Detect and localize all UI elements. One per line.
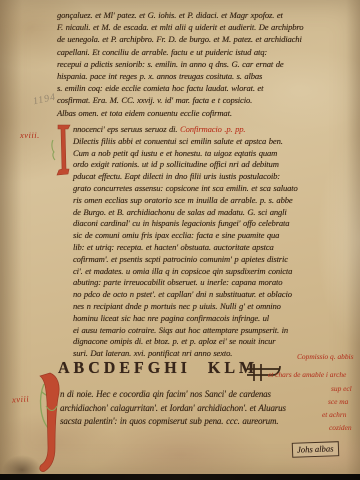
text-line: nes n recipiant dnde p mortuis nec p uiu… [73,301,355,313]
red-margin-note: coziden [329,423,352,432]
text-line: diaconi cardinal' cu in hispanis legacio… [73,218,355,230]
bull-opening-line: nnocenci' eps seruus seruoz di. Confirma… [73,124,355,136]
manuscript-photo: 1194 gonçaluez. et Ml' patez. et G. iohi… [0,0,360,480]
papal-bull-paragraph: nnocenci' eps seruus seruoz di. Confirma… [73,124,355,360]
photo-border [0,474,360,480]
margin-chapter-number-xviii-2: xviii [12,393,30,404]
text-line: cofirmam'. et psentis scpti patrocinio c… [73,254,355,266]
text-line: capellani. Et conciliu de arrable. factu… [57,46,355,58]
pencil-annotation: 1194 [32,92,57,108]
parchment-page: 1194 gonçaluez. et Ml' patez. et G. iohi… [0,0,360,475]
chirograph-alphabet: ABCDEFGHI KLM [58,360,258,379]
bull-incipit: nnocenci' eps seruus seruoz di. [73,124,180,134]
concordia-paragraph: n di noie. Hec e cocordia qin facim' nos… [60,388,358,429]
rubric-heading: Confirmacio .p. pp. [180,124,245,134]
text-line: de uenegola. et P. archipbro. Fr. D. de … [57,33,355,45]
text-line: hominu liceat sic hac nre pagina confirm… [73,313,355,325]
red-margin-note: sce ma [328,397,348,406]
text-line: de Burgo. et B. archidiachonu de salas a… [73,207,355,219]
text-line: abuting: parte irreuocabilit obseruet. u… [73,277,355,289]
text-line: cosfirmat. Era. M. CC. xxvij. v. id' mar… [57,94,355,106]
text-line: Albas omen. et tota eidem conuentu eccli… [57,107,355,119]
text-line: sic de comuni omiu fris ipax ecclia: fac… [73,230,355,242]
text-line: ei ausu temario cotraire. Siqs aut hoc a… [73,325,355,337]
text-line: recepui a pdictis seniorib: s. emilin. i… [57,58,355,70]
red-margin-note: Copmissio q. abbis [297,352,353,361]
text-line: ris omen ecclias sup oratorio sce m inui… [73,195,355,207]
decorated-initial-i [50,124,72,181]
text-line: archidiachon' calagurritan'. et Iordan' … [60,402,358,416]
green-flourish [52,140,55,160]
text-line: F. nicauli. et M. de escada. et mlti ali… [57,21,355,33]
text-line: hispania. pace int reges p. x. annos tre… [57,70,355,82]
text-line: s. emilin coq: eide ecclie comieta hoc f… [57,82,355,94]
text-line: no pdco de octo n pstet'. et capllan' dn… [73,289,355,301]
red-margin-note: et achrn [322,410,346,419]
red-margin-note: et chars de amable i arche [268,370,346,379]
text-line: ordo exigit rationis. ut id p sollicitud… [73,159,355,171]
red-margin-note: sup ecl [331,384,352,393]
text-line: sacsta palentin': in quos copmiserut sub… [60,415,358,429]
text-line: Cum a nob petit qd iustu e et honestu. t… [73,148,355,160]
witness-paragraph: gonçaluez. et Ml' patez. et G. iohis. et… [57,9,355,119]
text-line: n di noie. Hec e cocordia qin facim' nos… [60,388,358,402]
text-line: gonçaluez. et Ml' patez. et G. iohis. et… [57,9,355,21]
text-line: dignacone omipis di. et btoz. p. et p. a… [73,336,355,348]
margin-chapter-number-xviii: xviii. [20,130,40,140]
bull-body-lines: Dilectis filiis abbi et conuentui sci em… [73,136,355,360]
text-line: lib: et utriq: recepta. et hacten' obstu… [73,242,355,254]
archivist-signature-box: Johs albas [292,441,339,458]
text-line: grato concurretes assensu: copsicone int… [73,183,355,195]
text-line: ci'. et madates. u omia illa q in copsic… [73,266,355,278]
text-line: pducat effectu. Eapt dilecti in dno fili… [73,171,355,183]
text-line: Dilectis filiis abbi et conuentui sci em… [73,136,355,148]
